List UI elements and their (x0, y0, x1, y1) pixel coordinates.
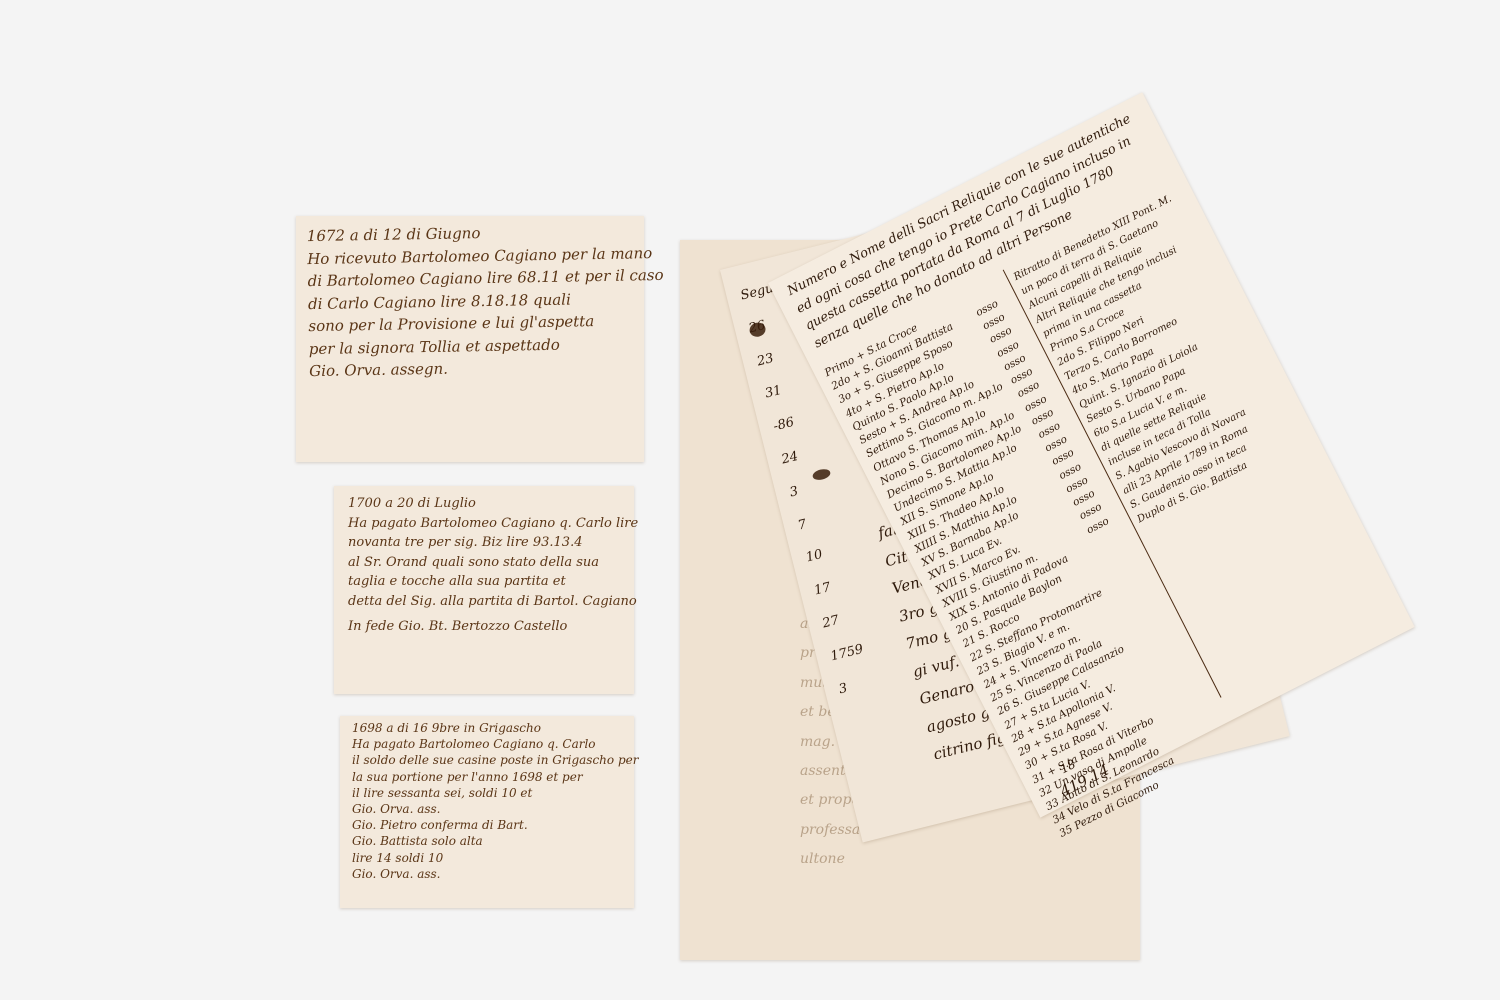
receipt-1700: 1700 a 20 di Luglio Ha pagato Bartolomeo… (334, 486, 634, 694)
receipt-1672: 1672 a di 12 di Giugno Ho ricevuto Barto… (296, 216, 644, 462)
receipt-1698: 1698 a di 16 9bre in Grigascho Ha pagato… (340, 716, 634, 908)
receipt-text: 1698 a di 16 9bre in Grigascho Ha pagato… (352, 720, 638, 882)
receipt-text: 1700 a 20 di Luglio Ha pagato Bartolomeo… (348, 494, 638, 637)
receipt-text: 1672 a di 12 di Giugno Ho ricevuto Barto… (307, 219, 666, 383)
ledger-right-column: Ritratto di Benedetto XIII Pont. M. un p… (1011, 192, 1298, 528)
